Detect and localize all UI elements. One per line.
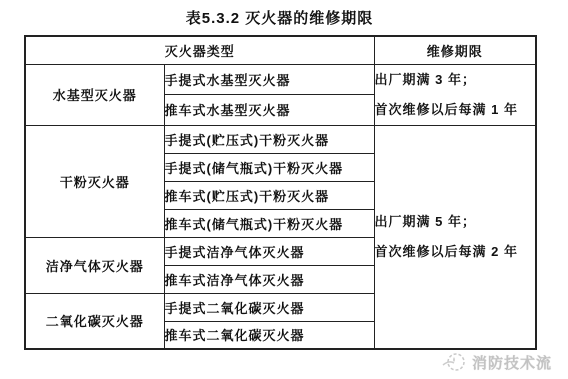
subtype-cell: 手提式(贮压式)干粉灭火器 (164, 125, 374, 153)
subtype-cell: 推车式水基型灭火器 (164, 95, 374, 126)
table-row: 水基型灭火器 手提式水基型灭火器 出厂期满 3 年； 首次维修以后每满 1 年 (25, 64, 536, 95)
subtype-cell: 手提式(储气瓶式)干粉灭火器 (164, 153, 374, 181)
period-line-1: 出厂期满 5 年； (375, 207, 536, 237)
subtype-cell: 推车式二氧化碳灭火器 (164, 321, 374, 349)
watermark: 消防技术流 (441, 351, 552, 373)
category-dry-powder: 干粉灭火器 (25, 125, 164, 237)
category-clean-agent: 洁净气体灭火器 (25, 237, 164, 293)
subtype-cell: 推车式(贮压式)干粉灭火器 (164, 181, 374, 209)
header-extinguisher-type: 灭火器类型 (25, 36, 374, 64)
table-header-row: 灭火器类型 维修期限 (25, 36, 536, 64)
period-cell-water-based: 出厂期满 3 年； 首次维修以后每满 1 年 (374, 64, 536, 125)
header-maintenance-period: 维修期限 (374, 36, 536, 64)
subtype-cell: 手提式二氧化碳灭火器 (164, 293, 374, 321)
category-water-based: 水基型灭火器 (25, 64, 164, 125)
table-row: 干粉灭火器 手提式(贮压式)干粉灭火器 出厂期满 5 年； 首次维修以后每满 2… (25, 125, 536, 153)
subtype-cell: 手提式水基型灭火器 (164, 64, 374, 95)
period-line-2: 首次维修以后每满 1 年 (375, 95, 536, 125)
subtype-cell: 推车式(储气瓶式)干粉灭火器 (164, 209, 374, 237)
watermark-text: 消防技术流 (472, 352, 552, 373)
period-line-2: 首次维修以后每满 2 年 (375, 237, 536, 267)
maintenance-period-table: 灭火器类型 维修期限 水基型灭火器 手提式水基型灭火器 出厂期满 3 年； 首次… (24, 35, 537, 350)
page-title: 表5.3.2 灭火器的维修期限 (24, 7, 535, 28)
subtype-cell: 手提式洁净气体灭火器 (164, 237, 374, 265)
subtype-cell: 推车式洁净气体灭火器 (164, 265, 374, 293)
period-cell-others: 出厂期满 5 年； 首次维修以后每满 2 年 (374, 125, 536, 349)
period-line-1: 出厂期满 3 年； (375, 65, 536, 95)
fire-logo-icon (441, 351, 467, 373)
category-carbon-dioxide: 二氧化碳灭火器 (25, 293, 164, 349)
